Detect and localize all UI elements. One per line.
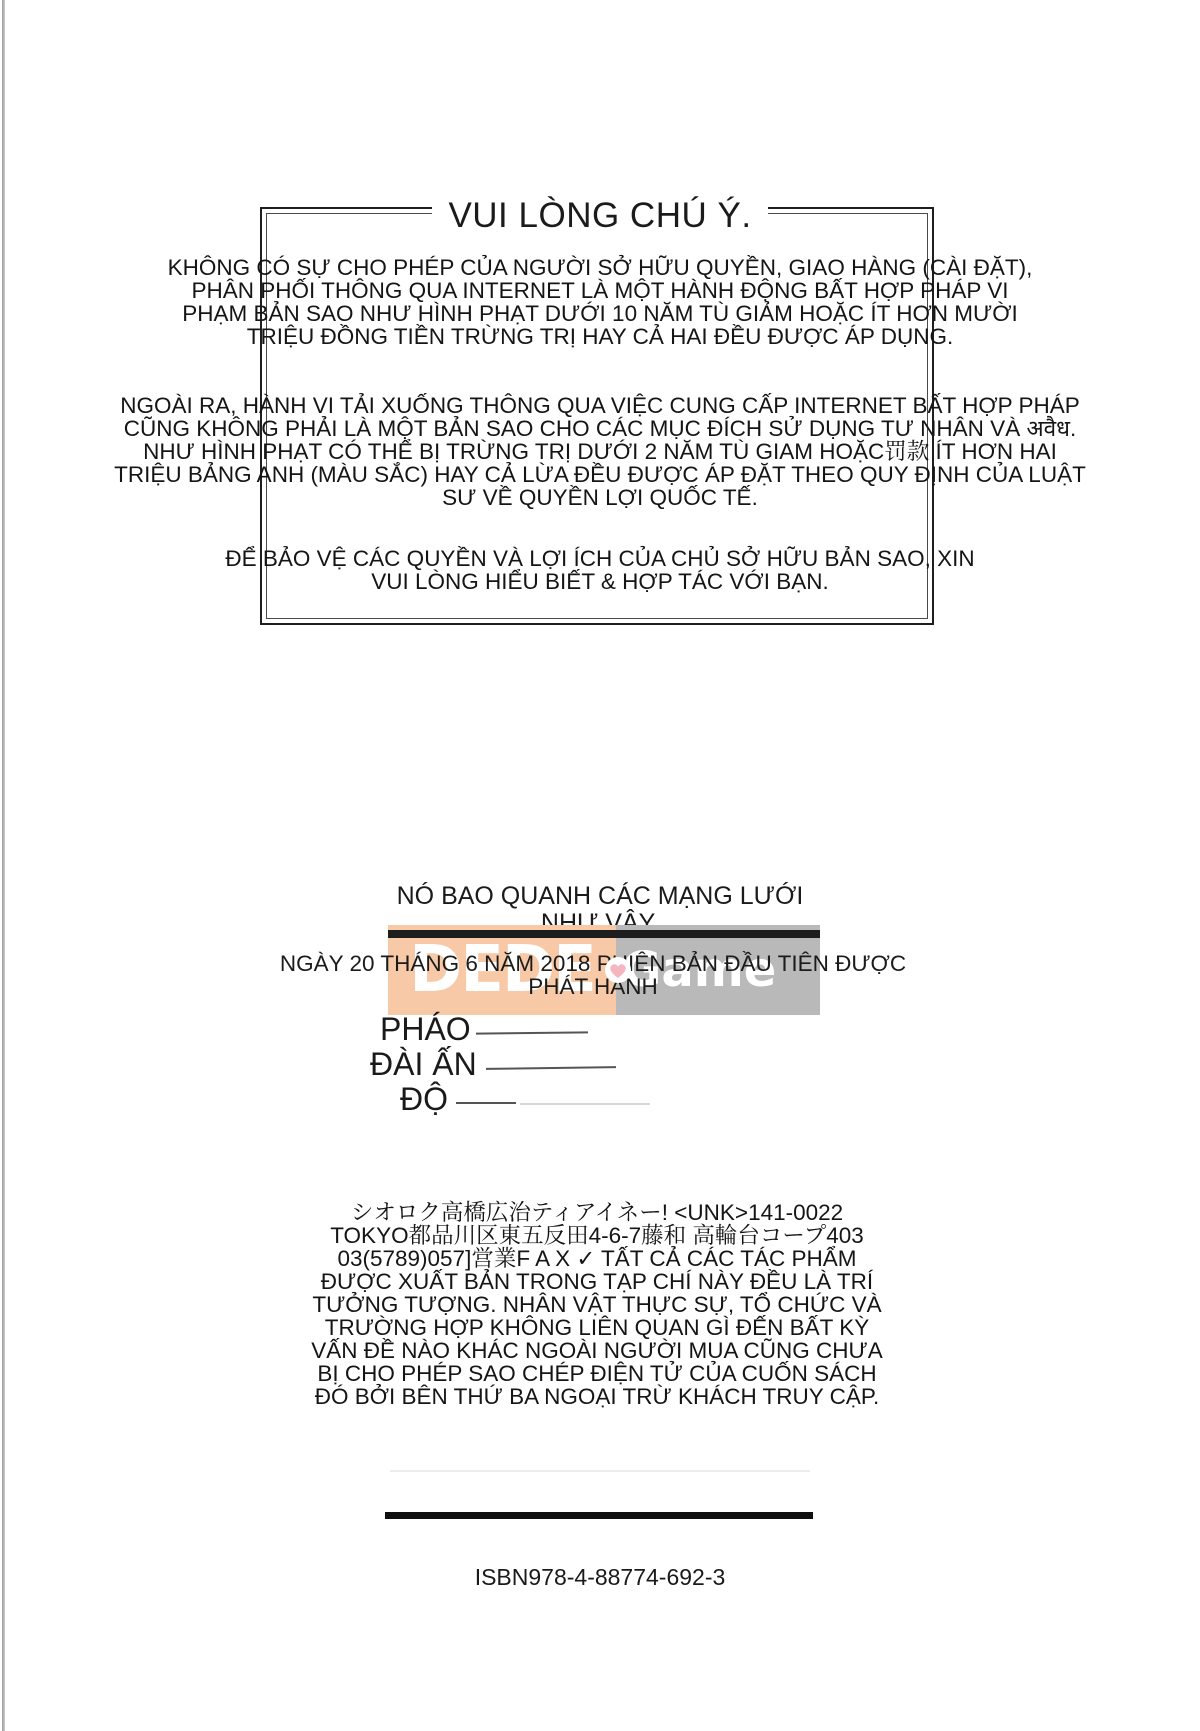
black-rule [385,1512,813,1519]
publisher-line: ĐÀI ẤN [370,1047,477,1081]
release-date: NGÀY 20 THÁNG 6 NĂM 2018 PHIÊN BẢN ĐẦU T… [0,929,1200,998]
notice-paragraph-cooperation: ĐỂ BẢO VỆ CÁC QUYỀN VÀ LỢI ÍCH CỦA CHỦ S… [0,547,1200,593]
heart-icon [604,957,632,983]
faint-line [390,1470,810,1472]
notice-paragraph-copyright: KHÔNG CÓ SỰ CHO PHÉP CỦA NGƯỜI SỞ HỮU QU… [0,256,1200,348]
faint-line [520,1103,650,1105]
publisher-rule [456,1102,516,1104]
publisher-rule [476,1031,588,1034]
colophon-text: シオロク高橋広治ティアイネー! <UNK>141-0022 TOKYO都品川区東… [311,1200,883,1409]
release-date-text: NGÀY 20 THÁNG 6 NĂM 2018 PHIÊN BẢN ĐẦU T… [280,951,906,999]
isbn-text: ISBN978-4-88774-692-3 [475,1564,726,1590]
colophon: シオロク高橋広治ティアイネー! <UNK>141-0022 TOKYO都品川区東… [0,1178,1200,1408]
notice-paragraph-download: NGOÀI RA, HÀNH VI TẢI XUỐNG THÔNG QUA VI… [0,394,1200,509]
publisher-line: ĐỘ [400,1082,448,1116]
notice-title-row: VUI LÒNG CHÚ Ý. [0,194,1200,238]
publisher-rule [486,1066,616,1070]
notice-title: VUI LÒNG CHÚ Ý. [432,194,767,238]
publisher-block: PHÁO ĐÀI ẤN ĐỘ [370,1012,730,1122]
isbn: ISBN978-4-88774-692-3 [0,1563,1200,1591]
publisher-line: PHÁO [380,1012,471,1046]
